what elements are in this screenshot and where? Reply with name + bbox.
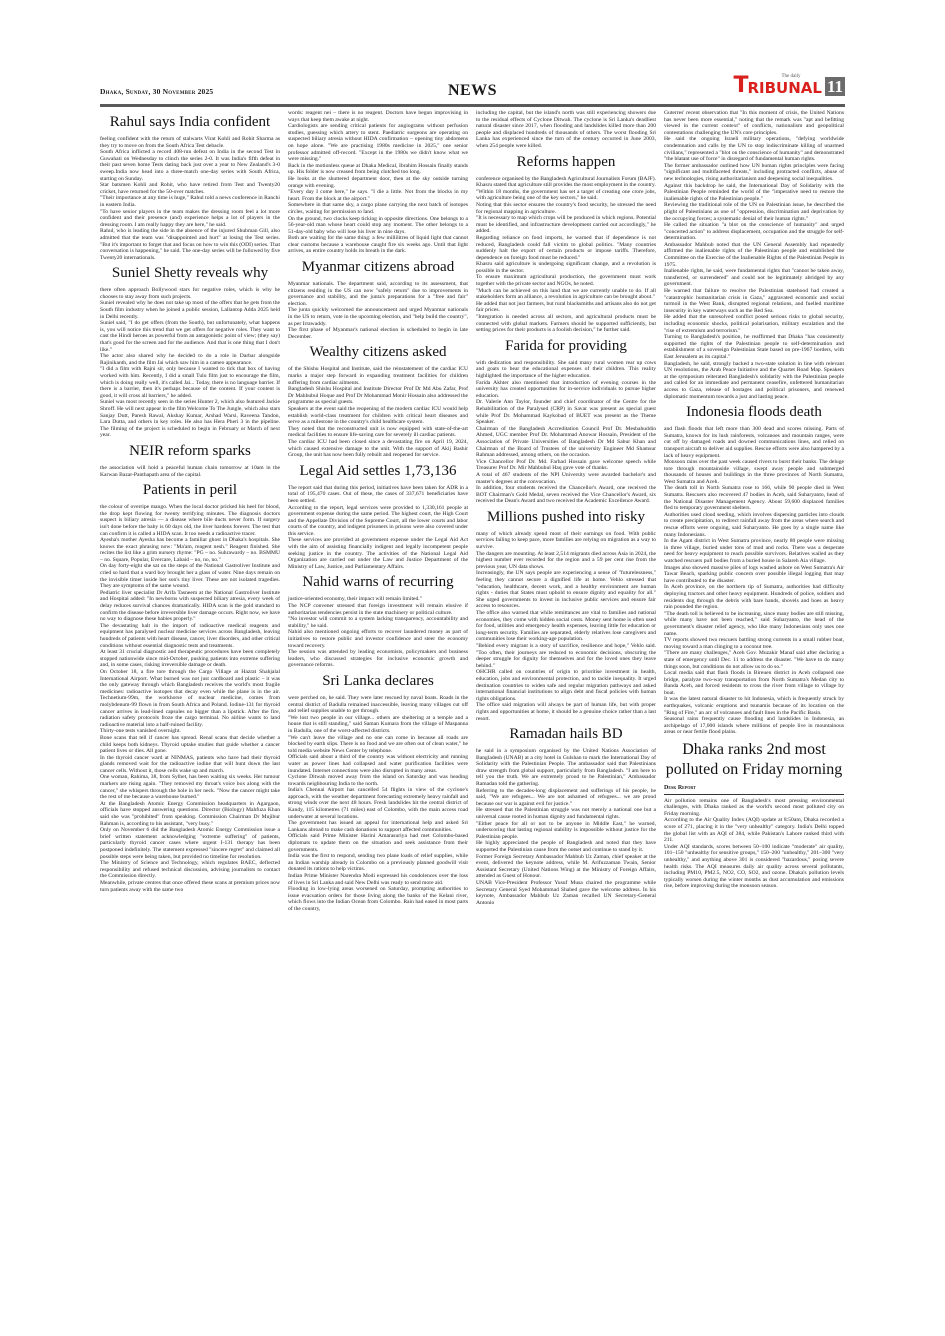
article-paragraph: "There are many challenges," Aceh Gov. M…	[664, 650, 844, 670]
article-paragraph: South Africa inflicted a record 408-run …	[100, 149, 280, 182]
article-paragraph: The junta quickly welcomed the announcem…	[288, 307, 468, 327]
article-paragraph: "To have senior players in the team make…	[100, 209, 280, 229]
article-paragraph: On the ground, two clocks keep ticking i…	[288, 216, 468, 236]
article-paragraph: The actor also shared why he decided to …	[100, 353, 280, 366]
article-paragraph: there often approach Bollywood stars for…	[100, 287, 280, 300]
article-paragraph: The report said that during this period,…	[288, 485, 468, 505]
article-paragraph: In Aceh province, on the northern tip of…	[664, 584, 844, 610]
article-paragraph: Monsoon rains over the past week caused …	[664, 459, 844, 485]
article-paragraph: The dangers are mounting. At least 2,514…	[476, 551, 656, 571]
article-paragraph: Air pollution remains one of Bangladesh'…	[664, 798, 844, 818]
article-paragraph: conference organised by the Bangladesh A…	[476, 176, 656, 189]
article-paragraph: He warned that failure to resolve the Pa…	[664, 288, 844, 314]
article-byline: Desk Report	[664, 785, 844, 795]
article-paragraph: Speakers at the event said the reopening…	[288, 406, 468, 426]
article-paragraph: He said the ongoing Israeli military ope…	[664, 136, 844, 162]
article-paragraph: In the thyroid cancer ward at NINMAS, pa…	[100, 755, 280, 775]
article-paragraph: "It is necessary to map which crops will…	[476, 215, 656, 235]
article-paragraph: "The death toll is believed to be increa…	[664, 611, 844, 637]
article-paragraph: Referring to the decades-long displaceme…	[476, 788, 656, 808]
article-paragraph: He looks at the shuttered department doo…	[288, 176, 468, 189]
article-paragraph: Back in the motionless queue at Dhaka Me…	[288, 163, 468, 176]
article-paragraph: He added that the unresolved conflict po…	[664, 314, 844, 334]
article-headline: Farida for providing	[476, 338, 656, 355]
article-paragraph: According to the Air Quality Index (AQI)…	[664, 817, 844, 843]
article-paragraph: Indian Prime Minister Narendra Modi expr…	[288, 873, 468, 886]
article-paragraph: To ensure maximum agricultural productio…	[476, 274, 656, 287]
article-paragraph: The government has issued an appeal for …	[288, 820, 468, 833]
article-paragraph: Suniel was most recently seen in the ser…	[100, 399, 280, 439]
article-paragraph: Guterres' recent observation that "In th…	[664, 110, 844, 136]
article-paragraph: He highly appreciated the people of Bang…	[476, 840, 656, 853]
article-headline: Sri Lanka declares	[288, 673, 468, 690]
article-paragraph: Authorities used cloud seeding, which in…	[664, 512, 844, 538]
article-paragraph: "We lost two people in our village... ot…	[288, 715, 468, 735]
masthead-logo: The daily T RIBUNAL 11	[733, 76, 845, 96]
article-paragraph: Cyclone Ditwah moved away from the islan…	[288, 774, 468, 787]
article-paragraph: "I did a film with Rajni sir, only becau…	[100, 366, 280, 399]
article-paragraph: At least 31 crucial diagnostic and thera…	[100, 649, 280, 669]
article-paragraph: India's Chennai Airport has cancelled 54…	[288, 787, 468, 820]
header-rule	[100, 104, 845, 107]
article-paragraph: OHCHR called on countries of origin to p…	[476, 669, 656, 702]
article-headline: Reforms happen	[476, 154, 656, 171]
article-paragraph: The office also warned that while remitt…	[476, 610, 656, 643]
article-paragraph: The session was attended by leading econ…	[288, 649, 468, 669]
article-paragraph: In the Agam district in West Sumatra pro…	[664, 538, 844, 564]
article-paragraph: he said in a symposium organised by the …	[476, 748, 656, 788]
article-paragraph: the association will hold a peaceful hum…	[100, 465, 280, 478]
article-headline: Indonesia floods death	[664, 404, 844, 421]
article-paragraph: feeling confident with the return of sta…	[100, 136, 280, 149]
article-paragraph: Chairman of the Bangladesh Accreditation…	[476, 426, 656, 459]
article-paragraph: Images also showed massive piles of logs…	[664, 565, 844, 585]
article-headline: Suniel Shetty reveals why	[100, 265, 280, 282]
page-number: 11	[825, 77, 845, 96]
article-paragraph: These services are provided at governmen…	[288, 537, 468, 570]
article-paragraph: Former Foreign Secretary Ambassador Mahb…	[476, 854, 656, 880]
article-paragraph: The devastating halt in the import of ra…	[100, 623, 280, 649]
article-paragraph: Against this backdrop he said, the Inter…	[664, 183, 844, 203]
article-headline: Rahul says India confident	[100, 114, 280, 131]
article-paragraph: "Within 18 months, the government has se…	[476, 189, 656, 202]
column-2: words: reagent nei – there is no reagent…	[288, 110, 468, 913]
article-paragraph: According to the report, legal services …	[288, 505, 468, 538]
article-paragraph: Meanwhile, private centres that once off…	[100, 880, 280, 893]
article-paragraph: Only on November 6 did the Bangladesh At…	[100, 827, 280, 860]
article-paragraph: "Behind every migrant is a story of sacr…	[476, 643, 656, 669]
article-paragraph: "Their importance at any time is huge," …	[100, 195, 280, 208]
article-paragraph: the colour of overripe mango. When the l…	[100, 504, 280, 537]
article-headline: Millions pushed into risky	[476, 509, 656, 526]
article-paragraph: Cardiologists are sending critical patie…	[288, 123, 468, 163]
masthead-initial: T	[733, 76, 747, 96]
masthead-tagline: The daily	[781, 74, 800, 79]
article-headline: NEIR reform sparks	[100, 443, 280, 460]
article-paragraph: Ambassador Mahbub noted that the UN Gene…	[664, 242, 844, 268]
article-paragraph: A total of 467 students of the NPI Unive…	[476, 472, 656, 485]
article-paragraph: Bangladesh, he said, strongly backed a t…	[664, 361, 844, 401]
article-paragraph: Suniel revealed why he does not take up …	[100, 300, 280, 320]
article-paragraph: Ayesha's mother Ayesha has become a fami…	[100, 537, 280, 563]
article-paragraph: including the capital, but the island's …	[476, 110, 656, 150]
article-paragraph: Both are waiting for the same thing: a f…	[288, 235, 468, 255]
article-paragraph: UNAB Vice-President Professor Yusuf Musa…	[476, 880, 656, 906]
column-4: Guterres' recent observation that "In th…	[664, 110, 844, 913]
article-paragraph: Vice Chancellor Prof Dr. Md. Farhad Hoss…	[476, 459, 656, 472]
article-headline: Myanmar citizens abroad	[288, 259, 468, 276]
article-paragraph: Khasru said agriculture is undergoing si…	[476, 261, 656, 274]
article-headline: Dhaka ranks 2nd most polluted on Friday …	[664, 740, 844, 780]
article-paragraph: The first phase of Myanmar's national el…	[288, 327, 468, 340]
article-paragraph: They noted that the reconstructed unit i…	[288, 426, 468, 439]
article-paragraph: Somewhere in that same sky, a cargo plan…	[288, 202, 468, 215]
article-headline: Nahid warns of recurring	[288, 574, 468, 591]
article-paragraph: Increasingly, the UN says people are exp…	[476, 570, 656, 610]
article-paragraph: words: reagent nei – there is no reagent…	[288, 110, 468, 123]
article-paragraph: Bone scans that tell if cancer has sprea…	[100, 735, 280, 755]
article-paragraph: In addition, four students received the …	[476, 485, 656, 505]
article-paragraph: The office said migration will always be…	[476, 702, 656, 722]
article-paragraph: He added that not just farmers, but rura…	[476, 301, 656, 314]
article-paragraph: On day forty-eight she sat on the steps …	[100, 563, 280, 589]
article-paragraph: On October 18, a fire tore through the C…	[100, 669, 280, 728]
masthead-name: RIBUNAL	[747, 81, 821, 96]
article-paragraph: The NCP convener stressed that foreign i…	[288, 603, 468, 616]
article-paragraph: Under AQI standards, scores between 50–1…	[664, 844, 844, 890]
article-paragraph: The former ambassador outlined how UN hu…	[664, 163, 844, 183]
article-paragraph: Regarding reliance on food imports, he w…	[476, 235, 656, 261]
article-paragraph: Myanmar nationals. The department said, …	[288, 281, 468, 307]
article-paragraph: The death toll in North Sumatra rose to …	[664, 485, 844, 511]
article-paragraph: Thirty-one tests vanished overnight.	[100, 728, 280, 735]
article-paragraph: "We can't leave the village and no one c…	[288, 735, 468, 755]
article-paragraph: Flooding in low-lying areas worsened on …	[288, 886, 468, 912]
column-3: including the capital, but the island's …	[476, 110, 656, 913]
article-paragraph: One woman, Rahima, 38, from Sylhet, has …	[100, 774, 280, 800]
article-paragraph: At the Bangladesh Atomic Energy Commissi…	[100, 801, 280, 827]
article-paragraph: Reviewing the traditional role of the UN…	[664, 202, 844, 222]
column-1: Rahul says India confidentfeeling confid…	[100, 110, 280, 913]
article-paragraph: TV reports showed two rescuers battling …	[664, 637, 844, 650]
article-paragraph: Officials said Prime Minister Harini Ama…	[288, 833, 468, 853]
article-columns: Rahul says India confidentfeeling confid…	[100, 110, 845, 913]
article-headline: Patients in peril	[100, 482, 280, 499]
article-paragraph: Rahul, who is leading the side in the ab…	[100, 228, 280, 261]
article-paragraph: "Either peace for all or not to be anyon…	[476, 821, 656, 841]
article-paragraph: Bangladesh Shishu Hospital and Institute…	[288, 386, 468, 406]
article-paragraph: Turning to Bangladesh's position, he rea…	[664, 334, 844, 360]
page-header: Dhaka, Sunday, 30 November 2025 NEWS The…	[100, 82, 845, 106]
article-paragraph: Inalienable rights, he said, were fundam…	[664, 268, 844, 288]
article-paragraph: Star batsmen Kohli and Rohit, who have r…	[100, 182, 280, 195]
article-paragraph: It was the latest natural disaster to hi…	[664, 696, 844, 716]
article-paragraph: The Ministry of Science and Technology, …	[100, 860, 280, 880]
article-paragraph: "Integration is needed across all sector…	[476, 314, 656, 334]
article-headline: Legal Aid settles 1,73,136	[288, 463, 468, 480]
article-paragraph: "Much can be achieved on this land that …	[476, 288, 656, 301]
article-headline: Wealthy citizens asked	[288, 344, 468, 361]
article-paragraph: He stressed that the Palestinian struggl…	[476, 807, 656, 820]
article-paragraph: were perched on, he said. They were late…	[288, 695, 468, 715]
article-paragraph: "Every day I come here," he says. "I die…	[288, 189, 468, 202]
article-paragraph: Noting that this sector ensures the coun…	[476, 202, 656, 215]
article-paragraph: Seasonal rains frequently cause flooding…	[664, 716, 844, 736]
article-paragraph: He called the situation "a blot on the c…	[664, 222, 844, 242]
article-paragraph: Suniel said, "I do get offers (from the …	[100, 320, 280, 353]
article-paragraph: Local media said that flash floods in Bi…	[664, 670, 844, 696]
article-paragraph: and flash floods that left more than 300…	[664, 426, 844, 459]
article-paragraph: many of which already spend most of thei…	[476, 531, 656, 551]
article-paragraph: Farida Akhter also mentioned that introd…	[476, 380, 656, 400]
article-headline: Ramadan hails BD	[476, 726, 656, 743]
article-paragraph: Nahid also mentioned ongoing efforts to …	[288, 629, 468, 649]
article-paragraph: Officials said about a third of the coun…	[288, 754, 468, 774]
article-paragraph: India was the first to respond, sending …	[288, 853, 468, 873]
article-paragraph: The cardiac ICU had been closed since a …	[288, 439, 468, 459]
article-paragraph: with dedication and responsibility. She …	[476, 360, 656, 380]
article-paragraph: Pediatric liver specialist Dr Arifa Tasn…	[100, 590, 280, 623]
article-paragraph: "No investor will commit to a system lac…	[288, 616, 468, 629]
article-paragraph: of the Shishu Hospital and Institute, sa…	[288, 366, 468, 386]
article-paragraph: Dr. Valerie Ann Taylor, founder and chie…	[476, 399, 656, 425]
